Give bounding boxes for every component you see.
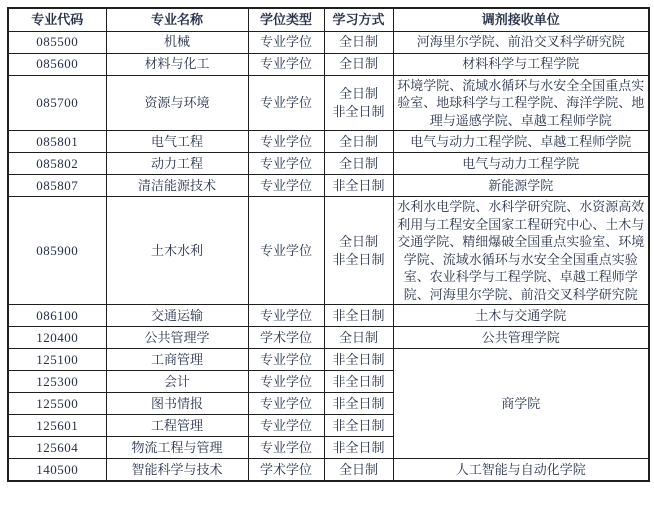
- cell-unit: 土木与交通学院: [393, 305, 649, 327]
- cell-mode: 全日制: [324, 459, 393, 481]
- cell-unit: 环境学院、流域水循环与水安全全国重点实验室、地球科学与工程学院、海洋学院、地理与…: [393, 75, 649, 131]
- cell-mode: 全日制: [324, 53, 393, 75]
- cell-mode: 非全日制: [324, 393, 393, 415]
- cell-mode: 全日制: [324, 31, 393, 53]
- cell-unit: 人工智能与自动化学院: [393, 459, 649, 481]
- header-row: 专业代码 专业名称 学位类型 学习方式 调剂接收单位: [8, 8, 649, 31]
- table-row: 085802 动力工程 专业学位 全日制 电气与动力工程学院: [8, 153, 649, 175]
- table-row: 085801 电气工程 专业学位 全日制 电气与动力工程学院、卓越工程师学院: [8, 131, 649, 153]
- cell-degree: 专业学位: [248, 371, 324, 393]
- cell-degree: 专业学位: [248, 305, 324, 327]
- cell-degree: 学术学位: [248, 327, 324, 349]
- cell-code: 085500: [8, 31, 106, 53]
- col-header-unit: 调剂接收单位: [393, 8, 649, 31]
- cell-name: 清洁能源技术: [106, 175, 248, 197]
- cell-mode: 全日制 非全日制: [324, 75, 393, 131]
- cell-code: 125604: [8, 437, 106, 459]
- cell-name: 交通运输: [106, 305, 248, 327]
- cell-mode: 非全日制: [324, 437, 393, 459]
- cell-name: 动力工程: [106, 153, 248, 175]
- cell-unit: 电气与动力工程学院、卓越工程师学院: [393, 131, 649, 153]
- cell-unit: 河海里尔学院、前沿交叉科学研究院: [393, 31, 649, 53]
- cell-unit: 材料科学与工程学院: [393, 53, 649, 75]
- table-row: 086100 交通运输 专业学位 非全日制 土木与交通学院: [8, 305, 649, 327]
- cell-name: 图书情报: [106, 393, 248, 415]
- cell-mode: 非全日制: [324, 415, 393, 437]
- cell-degree: 专业学位: [248, 415, 324, 437]
- cell-unit-merged: 商学院: [393, 349, 649, 459]
- cell-name: 土木水利: [106, 197, 248, 305]
- cell-degree: 专业学位: [248, 31, 324, 53]
- cell-degree: 专业学位: [248, 197, 324, 305]
- col-header-mode: 学习方式: [324, 8, 393, 31]
- admission-transfer-table: 专业代码 专业名称 学位类型 学习方式 调剂接收单位 085500 机械 专业学…: [7, 7, 650, 482]
- cell-mode: 全日制: [324, 327, 393, 349]
- col-header-degree: 学位类型: [248, 8, 324, 31]
- cell-degree: 专业学位: [248, 175, 324, 197]
- table-body: 085500 机械 专业学位 全日制 河海里尔学院、前沿交叉科学研究院 0856…: [8, 31, 649, 481]
- table-row: 085600 材料与化工 专业学位 全日制 材料科学与工程学院: [8, 53, 649, 75]
- cell-unit: 电气与动力工程学院: [393, 153, 649, 175]
- cell-code: 085801: [8, 131, 106, 153]
- cell-code: 085807: [8, 175, 106, 197]
- cell-name: 材料与化工: [106, 53, 248, 75]
- table-row: 085500 机械 专业学位 全日制 河海里尔学院、前沿交叉科学研究院: [8, 31, 649, 53]
- cell-code: 125601: [8, 415, 106, 437]
- cell-code: 086100: [8, 305, 106, 327]
- cell-name: 工程管理: [106, 415, 248, 437]
- cell-degree: 专业学位: [248, 131, 324, 153]
- cell-name: 电气工程: [106, 131, 248, 153]
- cell-mode: 非全日制: [324, 175, 393, 197]
- table-row: 140500 智能科学与技术 学术学位 全日制 人工智能与自动化学院: [8, 459, 649, 481]
- cell-mode: 全日制 非全日制: [324, 197, 393, 305]
- cell-degree: 专业学位: [248, 153, 324, 175]
- cell-code: 120400: [8, 327, 106, 349]
- cell-code: 085700: [8, 75, 106, 131]
- cell-code: 125100: [8, 349, 106, 371]
- cell-code: 085900: [8, 197, 106, 305]
- cell-mode: 非全日制: [324, 371, 393, 393]
- table-header: 专业代码 专业名称 学位类型 学习方式 调剂接收单位: [8, 8, 649, 31]
- cell-unit: 公共管理学院: [393, 327, 649, 349]
- cell-degree: 专业学位: [248, 53, 324, 75]
- cell-degree: 专业学位: [248, 75, 324, 131]
- cell-name: 资源与环境: [106, 75, 248, 131]
- cell-degree: 学术学位: [248, 459, 324, 481]
- col-header-name: 专业名称: [106, 8, 248, 31]
- cell-name: 公共管理学: [106, 327, 248, 349]
- cell-code: 085600: [8, 53, 106, 75]
- table-row: 125100 工商管理 专业学位 非全日制 商学院: [8, 349, 649, 371]
- cell-degree: 专业学位: [248, 393, 324, 415]
- col-header-code: 专业代码: [8, 8, 106, 31]
- cell-degree: 专业学位: [248, 437, 324, 459]
- cell-mode: 全日制: [324, 153, 393, 175]
- cell-code: 140500: [8, 459, 106, 481]
- cell-mode: 全日制: [324, 131, 393, 153]
- cell-name: 工商管理: [106, 349, 248, 371]
- cell-code: 125500: [8, 393, 106, 415]
- table-row: 085807 清洁能源技术 专业学位 非全日制 新能源学院: [8, 175, 649, 197]
- table-row: 085700 资源与环境 专业学位 全日制 非全日制 环境学院、流域水循环与水安…: [8, 75, 649, 131]
- cell-name: 智能科学与技术: [106, 459, 248, 481]
- table-row: 120400 公共管理学 学术学位 全日制 公共管理学院: [8, 327, 649, 349]
- cell-unit: 新能源学院: [393, 175, 649, 197]
- cell-name: 物流工程与管理: [106, 437, 248, 459]
- cell-code: 085802: [8, 153, 106, 175]
- cell-name: 机械: [106, 31, 248, 53]
- cell-unit: 水利水电学院、水科学研究院、水资源高效利用与工程安全国家工程研究中心、土木与交通…: [393, 197, 649, 305]
- cell-code: 125300: [8, 371, 106, 393]
- cell-mode: 非全日制: [324, 349, 393, 371]
- cell-mode: 非全日制: [324, 305, 393, 327]
- cell-name: 会计: [106, 371, 248, 393]
- table-row: 085900 土木水利 专业学位 全日制 非全日制 水利水电学院、水科学研究院、…: [8, 197, 649, 305]
- cell-degree: 专业学位: [248, 349, 324, 371]
- document-page: 专业代码 专业名称 学位类型 学习方式 调剂接收单位 085500 机械 专业学…: [0, 0, 654, 531]
